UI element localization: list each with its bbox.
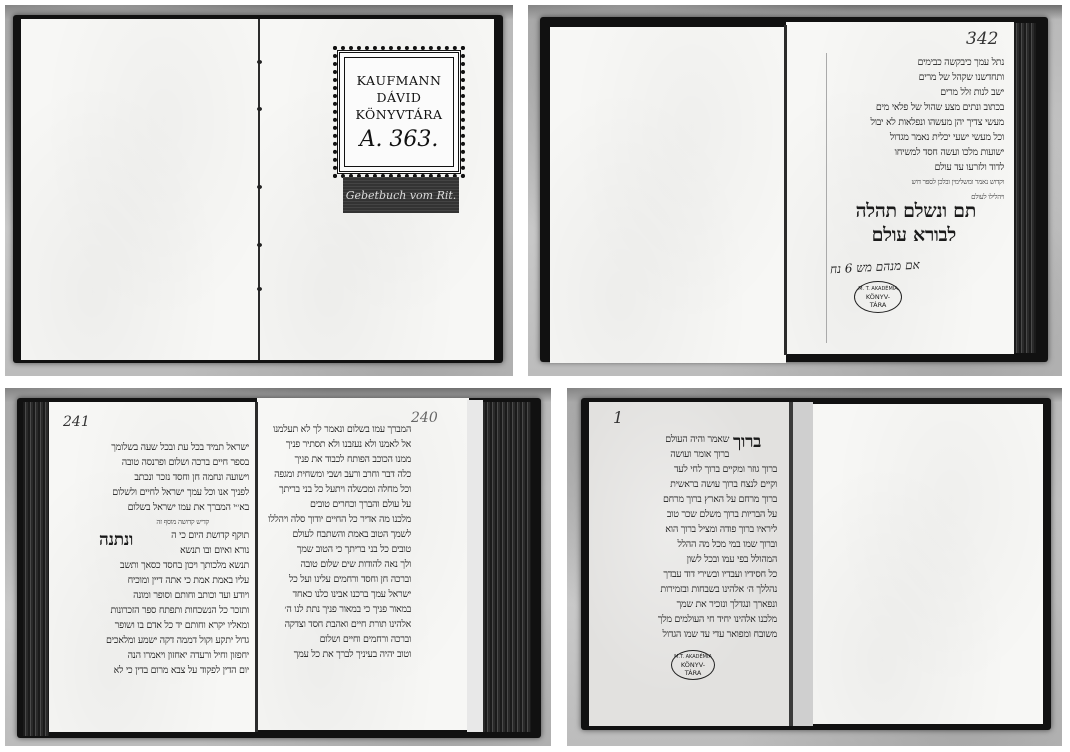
text-line: ברוך מרחם על הארץ ברוך מרחם xyxy=(627,492,777,507)
photo-panel-top-right: 342 נתל עמך כיבקשה כבימים ותחדשנו שקהל ש… xyxy=(528,5,1062,376)
colophon-title: תם ונשלם תהלה לבורא עולם xyxy=(828,199,976,247)
stamp-line-1: M. T. AKADÉMIA xyxy=(858,285,897,293)
text-line: אלהינו תורת חיים ואהבת חסד וצדקה xyxy=(261,617,411,632)
text-line: וכל מעשי ישעי יכלית נאמר מגדול xyxy=(828,130,1004,145)
folio-number-right: 240 xyxy=(411,410,438,426)
text-line: טובים כל בני בריתך כי הטוב שמך xyxy=(261,542,411,557)
binding-thread xyxy=(257,107,262,111)
right-blank-page xyxy=(813,404,1043,724)
text-line: מלכנו מה אדיר כל החיים יודוך סלה ויהללו xyxy=(261,512,411,527)
text-line: בא׳׳י המברך את עמו ישראל בשלום xyxy=(97,500,249,515)
text-line: ותחדשנו שקהל של מרים xyxy=(828,70,1004,85)
text-line: נורא ואיום ובו תנשא xyxy=(154,543,249,558)
text-line: נתל עמך כיבקשה כבימים xyxy=(828,55,1004,70)
text-line: ישועות מלכו ועשה חסד למשיחו xyxy=(828,145,1004,160)
text-line: המברך עמו בשלום ונאמר לך לא תעלמנו xyxy=(261,422,411,437)
colophon-line-1: תם ונשלם תהלה xyxy=(828,199,976,223)
stamp-line-3: TÁRA xyxy=(870,301,887,309)
left-blank-page xyxy=(550,27,786,363)
bookplate-line-2: DÁVID xyxy=(377,89,422,106)
text-line: לדוד ולזרעו עד עולם xyxy=(828,160,1004,175)
folio-number: 1 xyxy=(613,408,623,427)
text-line: ולך נאה להודות שים שלום טובה xyxy=(261,557,411,572)
book-gutter xyxy=(258,19,260,360)
text-line: אל לאמנו ולא נעזבנו ולא תסתיר פניך xyxy=(261,437,411,452)
text-line: תנשא מלכותך ויכון בחסד כסאך ותשב xyxy=(97,558,249,573)
binding-thread xyxy=(257,287,262,291)
text-line: ויודע ועד וכותב וחותם וסופר ומונה xyxy=(97,588,249,603)
text-line: ונפארך ונגדלך ונזכיר את שמך xyxy=(627,597,777,612)
photo-panel-bottom-left: 241 ישראל תמיד בכל עת ובכל שעה בשלומך בס… xyxy=(5,388,551,746)
page-edges xyxy=(1014,23,1036,353)
text-line: מעשי צדיך יהן מעשהו ונפלאות לא יבול xyxy=(828,115,1004,130)
text-line: בספר חיים ברכה ושלום ופרנסה טובה xyxy=(97,455,249,470)
text-line: מלכנו אלהינו יחיד חי העולמים מלך xyxy=(627,612,777,627)
text-line: המהולל בפי עמו ובכל לשון xyxy=(627,552,777,567)
text-line: תוקף קדושת היום כי ה xyxy=(154,528,249,543)
library-stamp: M.T. AKADÉMIA KÖNYV- TÁRA xyxy=(671,650,715,680)
text-line: על עולם והברך וכחרים טובים xyxy=(261,497,411,512)
colophon-line-2: לבורא עולם xyxy=(828,223,976,247)
text-line: לפניך אנו וכל עמך ישראל לחיים ולשלום xyxy=(97,485,249,500)
text-line: יום הדין לפקוד על צבא מרום בדין כי לא xyxy=(97,663,249,678)
text-line: וברכה ורחמים וחיים ושלום xyxy=(261,632,411,647)
text-line: נהללך ה׳ אלהינו בשבחות ובזמירות xyxy=(627,582,777,597)
photo-panel-top-left: KAUFMANN DÁVID KÖNYVTÁRA A. 363. Gebetbu… xyxy=(5,5,513,376)
library-stamp: M. T. AKADÉMIA KÖNYV- TÁRA xyxy=(854,281,902,313)
bookplate-line-3: KÖNYVTÁRA xyxy=(355,106,442,123)
left-page-text-bottom: תוקף קדושת היום כי ה נורא ואיום ובו תנשא… xyxy=(97,528,249,678)
binding-thread xyxy=(257,185,262,189)
hebrew-text-block: נתל עמך כיבקשה כבימים ותחדשנו שקהל של מר… xyxy=(828,55,1004,205)
stamp-line-1: M.T. AKADÉMIA xyxy=(674,653,712,661)
book-gutter xyxy=(255,402,258,732)
text-line: וטוב יהיה בעיניך לברך את כל עמך xyxy=(261,647,411,662)
right-page-text: המברך עמו בשלום ונאמר לך לא תעלמנו אל לא… xyxy=(261,422,411,662)
page-edges-right xyxy=(475,402,531,732)
text-line: לשמך הטוב באמת והשתבח לעולם xyxy=(261,527,411,542)
binding-strip xyxy=(793,402,813,726)
text-line: על הבריות ברוך משלם שכר טוב xyxy=(627,507,777,522)
text-line: וכל מחלה ומכשלה ויתעל כל בני בריתך xyxy=(261,482,411,497)
text-ruling-line xyxy=(826,53,827,343)
bookplate-inner: KAUFMANN DÁVID KÖNYVTÁRA A. 363. xyxy=(344,57,454,167)
book-gutter xyxy=(784,25,787,355)
text-line: וישועה ונחמה חן וחסד נזכר ונכתב xyxy=(97,470,249,485)
text-line: יחפזון וחיל ורעדה יאחזון ויאמרו הנה xyxy=(97,648,249,663)
title-label-strip: Gebetbuch vom Rit. xyxy=(343,177,459,213)
bookplate-shelfmark: A. 363. xyxy=(360,127,439,152)
prayer-text-block: שאמר והיה העולם ברוך אומר ועושה ברוך גוז… xyxy=(627,432,777,642)
text-line: וברוך שמו במי מכל מה ההלל xyxy=(627,537,777,552)
right-page-fore-edge xyxy=(467,400,483,732)
folio-number-left: 241 xyxy=(63,414,90,430)
text-line: בכתוב ונתים מצע שהול של פלאי מים xyxy=(828,100,1004,115)
photo-panel-bottom-right: 1 ברוך שאמר והיה העולם ברוך אומר ועושה ב… xyxy=(567,388,1062,746)
text-line: ברוך גוזר ומקיים ברוך לחי לעד xyxy=(627,462,777,477)
text-line: ישראל תמיד בכל עת ובכל שעה בשלומך xyxy=(97,440,249,455)
folio-number: 342 xyxy=(966,29,998,49)
stamp-line-2: KÖNYV- xyxy=(681,661,705,669)
text-line: ישראל עמך ברכנו אבינו כלנו כאחד xyxy=(261,587,411,602)
text-line: ישב לנות זלל מרים xyxy=(828,85,1004,100)
text-line: שאמר והיה העולם xyxy=(627,432,777,447)
left-page-text-top: ישראל תמיד בכל עת ובכל שעה בשלומך בספר ח… xyxy=(97,440,249,530)
text-line: עליו באמת אמת כי אתה דיין ומוכיח xyxy=(97,573,249,588)
left-flyleaf-page xyxy=(21,19,259,360)
text-line: משובח ומפואר עדי עד שמו הגדול xyxy=(627,627,777,642)
library-bookplate: KAUFMANN DÁVID KÖNYVTÁRA A. 363. xyxy=(337,50,461,174)
binding-thread xyxy=(257,243,262,247)
text-line: ומאליו יקרא וחותם יד כל אדם בו ושופר xyxy=(97,618,249,633)
stamp-line-2: KÖNYV- xyxy=(866,293,890,301)
text-line: כלה דבר וחרב ורעב ושבי ומשחית ומגפה xyxy=(261,467,411,482)
page-edges-left xyxy=(23,402,49,736)
text-line: במאור פניך כי במאור פניך נתת לנו ה׳ xyxy=(261,602,411,617)
text-line: ברוך אומר ועושה xyxy=(627,447,777,462)
text-line: וברכה חן וחסד ורחמים עלינו ועל כל xyxy=(261,572,411,587)
text-line: כל חסידיו ועבדיו ובשירי דוד עבדך xyxy=(627,567,777,582)
text-line: ליראיו ברוך פודה ומציל ברוך הוא xyxy=(627,522,777,537)
text-line: ממנו הכוכב הפותח לכבוד את פניך xyxy=(261,452,411,467)
text-line: וקיים לנצח ברוך עושה בראשית xyxy=(627,477,777,492)
bookplate-line-1: KAUFMANN xyxy=(357,72,442,89)
binding-thread xyxy=(257,60,262,64)
text-line-small: וקדוש נאמר ומשלימין ובלכן לספר דוש xyxy=(828,175,1004,190)
text-line: גדול יתקע וקול דממה דקה ישמע ומלאכים xyxy=(97,633,249,648)
stamp-line-3: TÁRA xyxy=(685,669,702,677)
text-line: ותזכר כל הנשכחות ותפתח ספר הזכרונות xyxy=(97,603,249,618)
